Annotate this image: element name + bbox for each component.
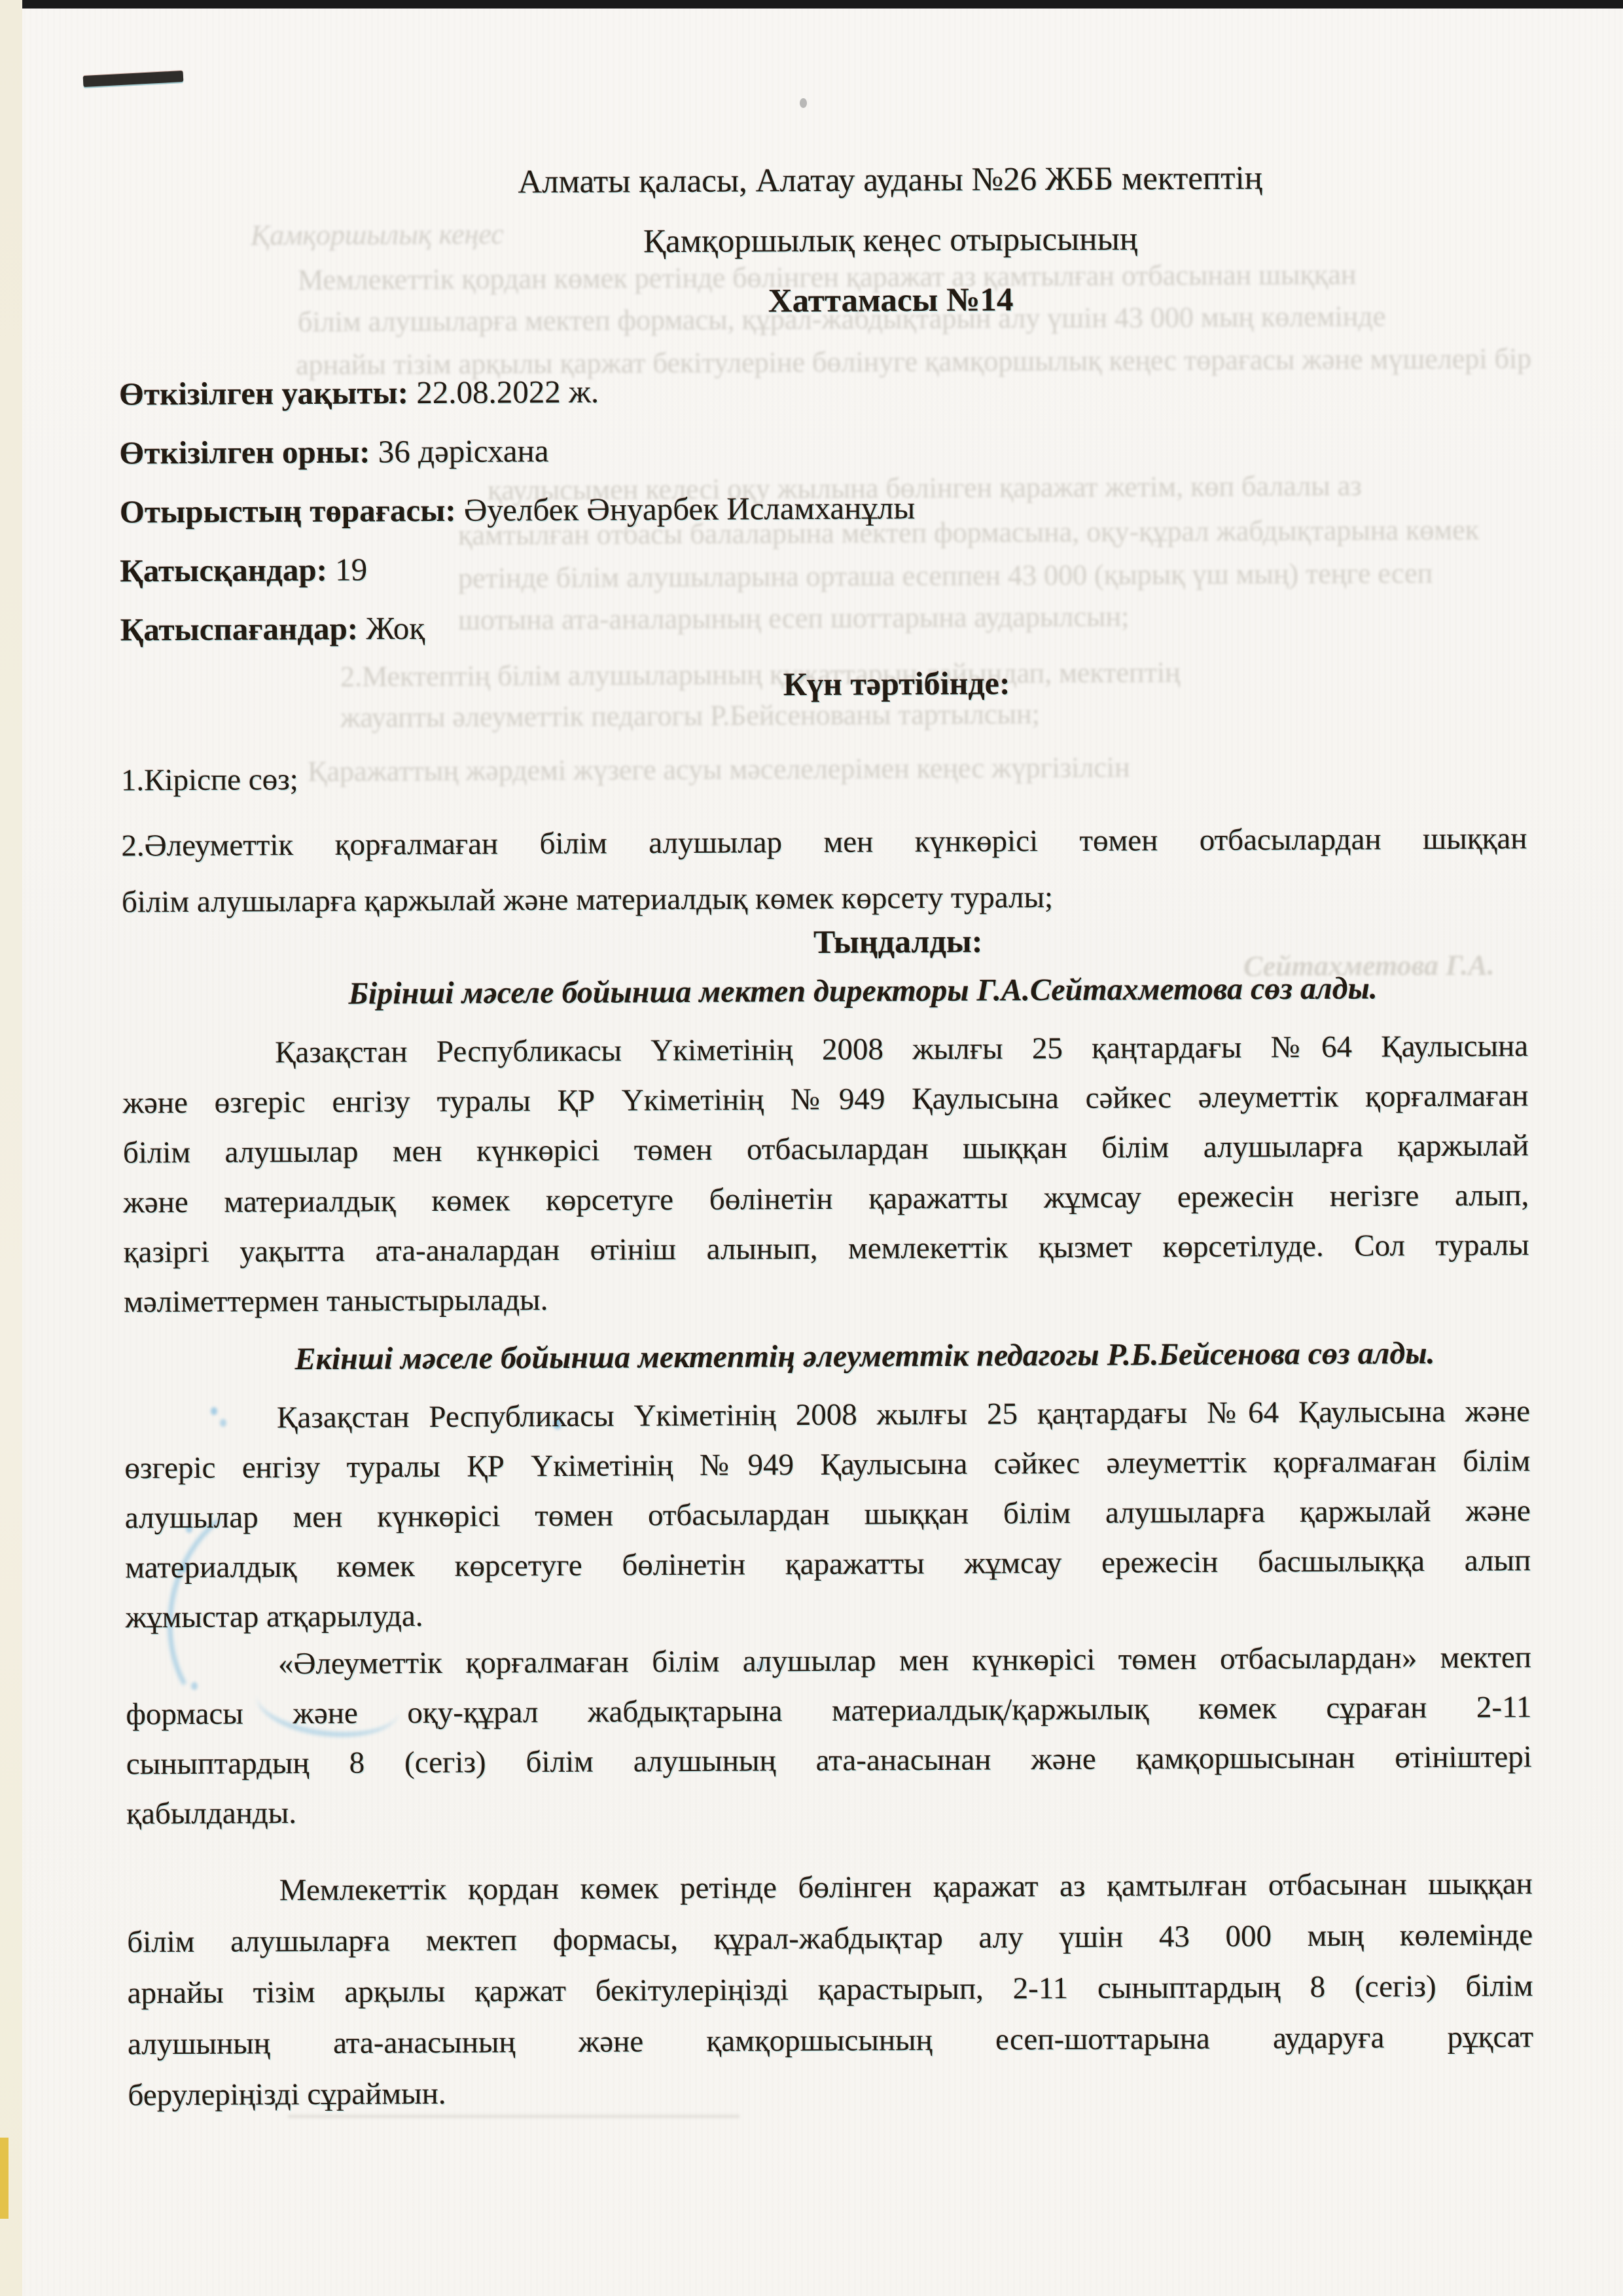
paragraph-4: Мемлекеттік қордан көмек ретінде бөлінге… (127, 1858, 1534, 2121)
paragraph-line: формасы және оқу-құрал жабдықтарына мате… (126, 1682, 1531, 1739)
meta-row-absent: Қатыспағандар: Жоқ (120, 593, 1526, 659)
document-title: Алматы қаласы, Алатау ауданы №26 ЖББ мек… (187, 147, 1594, 334)
paragraph-line: білім алушылар мен күнкөрісі төмен отбас… (123, 1121, 1529, 1177)
paragraph-line: қабылданды. (126, 1782, 1532, 1839)
heard-heading: Тыңдалды: (195, 919, 1601, 964)
paragraph-1: Қазақстан Республикасы Үкіметінің 2008 ж… (122, 1021, 1529, 1327)
protocol-document: Алматы қаласы, Алатау ауданы №26 ЖББ мек… (0, 0, 1623, 2296)
meta-label: Өткізілген орны: (119, 434, 370, 471)
paragraph-3: «Әлеуметтік қорғалмаған білім алушылар м… (126, 1632, 1533, 1839)
paragraph-2: Қазақстан Республикасы Үкіметінің 2008 ж… (124, 1386, 1531, 1642)
agenda-item-2-line: 2.Әлеуметтік қорғалмаған білім алушылар … (121, 810, 1527, 874)
agenda-item-2: 2.Әлеуметтік қорғалмаған білім алушылар … (121, 810, 1527, 930)
meta-row-attended: Қатысқандар: 19 (120, 534, 1525, 600)
meta-value: 36 дәрісхана (378, 433, 549, 469)
protocol-number: Хаттамасы №14 (188, 267, 1594, 334)
paragraph-line: өзгеріс енгізу туралы ҚР Үкіметінің №949… (124, 1436, 1530, 1493)
meta-label: Қатыспағандар: (120, 611, 359, 648)
paragraph-line: «Әлеуметтік қорғалмаған білім алушылар м… (126, 1632, 1531, 1689)
paragraph-line: материалдық көмек көрсетуге бөлінетін қа… (125, 1535, 1531, 1592)
meta-row-place: Өткізілген орны: 36 дәрісхана (119, 416, 1525, 482)
meta-label: Қатысқандар: (120, 552, 327, 589)
title-line-school: Алматы қаласы, Алатау ауданы №26 ЖББ мек… (187, 147, 1593, 214)
agenda-item-1: 1.Кіріспе сөз; (121, 755, 1527, 798)
meta-row-date: Өткізілген уақыты: 22.08.2022 ж. (119, 357, 1525, 423)
paragraph-line: білім алушыларға мектеп формасы, құрал-ж… (127, 1909, 1533, 1967)
paragraph-line: және өзгеріс енгізу туралы ҚР Үкіметінің… (122, 1071, 1528, 1128)
paragraph-line: Қазақстан Республикасы Үкіметінің 2008 ж… (122, 1021, 1528, 1078)
speaker-1-line: Бірінші мәселе бойынша мектеп директоры … (160, 969, 1566, 1013)
paragraph-line: алушының ата-анасының және қамқоршысының… (128, 2011, 1533, 2070)
agenda-heading: Күн тәртібінде: (194, 661, 1599, 706)
paragraph-line: арнайы тізім арқылы қаржат бекітулеріңіз… (127, 1960, 1533, 2018)
meta-label: Өткізілген уақыты: (119, 374, 408, 412)
paragraph-line: және материалдық көмек көрсетуге бөлінет… (123, 1170, 1529, 1227)
meta-value: Жоқ (366, 610, 425, 646)
meta-section: Өткізілген уақыты: 22.08.2022 ж. Өткізіл… (119, 357, 1526, 659)
meta-row-chairman: Отырыстың төрағасы: Әуелбек Әнуарбек Исл… (120, 475, 1525, 541)
meta-value: 19 (335, 552, 367, 588)
meta-value: Әуелбек Әнуарбек Исламханұлы (464, 490, 916, 528)
title-line-board: Қамқоршылық кеңес отырысының (187, 207, 1593, 274)
paragraph-line: алушылар мен күнкөрісі төмен отбасыларда… (125, 1486, 1531, 1543)
meta-value: 22.08.2022 ж. (416, 374, 599, 410)
paragraph-line: сыныптардың 8 (сегіз) білім алушының ата… (126, 1732, 1532, 1789)
paragraph-line: мәліметтермен таныстырылады. (124, 1270, 1529, 1327)
paragraph-line: Мемлекеттік қордан көмек ретінде бөлінге… (127, 1858, 1533, 1916)
speaker-2-line: Екінші мәселе бойынша мектептің әлеуметт… (162, 1335, 1567, 1378)
paragraph-line: берулеріңізді сұраймын. (128, 2062, 1533, 2121)
scanned-document-page: Қамқоршылық кеңес Мемлекеттік қордан көм… (0, 0, 1623, 2296)
paragraph-line: қазіргі уақытта ата-аналардан өтініш алы… (124, 1220, 1529, 1277)
paragraph-line: Қазақстан Республикасы Үкіметінің 2008 ж… (124, 1386, 1530, 1443)
meta-label: Отырыстың төрағасы: (120, 492, 456, 530)
